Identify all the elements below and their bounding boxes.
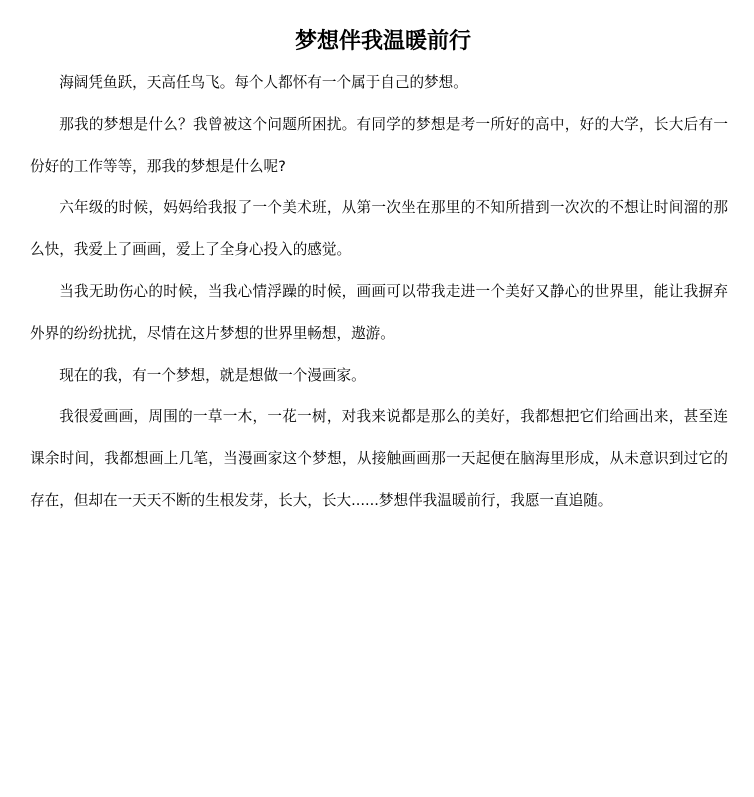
paragraph-6: 我很爱画画，周围的一草一木，一花一树，对我来说都是那么的美好，我都想把它们给画出… xyxy=(30,396,728,521)
article-title: 梦想伴我温暖前行 xyxy=(30,0,728,62)
paragraph-1: 海阔凭鱼跃，天高任鸟飞。每个人都怀有一个属于自己的梦想。 xyxy=(30,62,728,104)
paragraph-2: 那我的梦想是什么？我曾被这个问题所困扰。有同学的梦想是考一所好的高中，好的大学，… xyxy=(30,104,728,188)
paragraph-4: 当我无助伤心的时候，当我心情浮躁的时候，画画可以带我走进一个美好又静心的世界里，… xyxy=(30,271,728,355)
article: 梦想伴我温暖前行 海阔凭鱼跃，天高任鸟飞。每个人都怀有一个属于自己的梦想。 那我… xyxy=(0,0,754,522)
paragraph-5: 现在的我，有一个梦想，就是想做一个漫画家。 xyxy=(30,355,728,397)
paragraph-3: 六年级的时候，妈妈给我报了一个美术班，从第一次坐在那里的不知所措到一次次的不想让… xyxy=(30,187,728,271)
